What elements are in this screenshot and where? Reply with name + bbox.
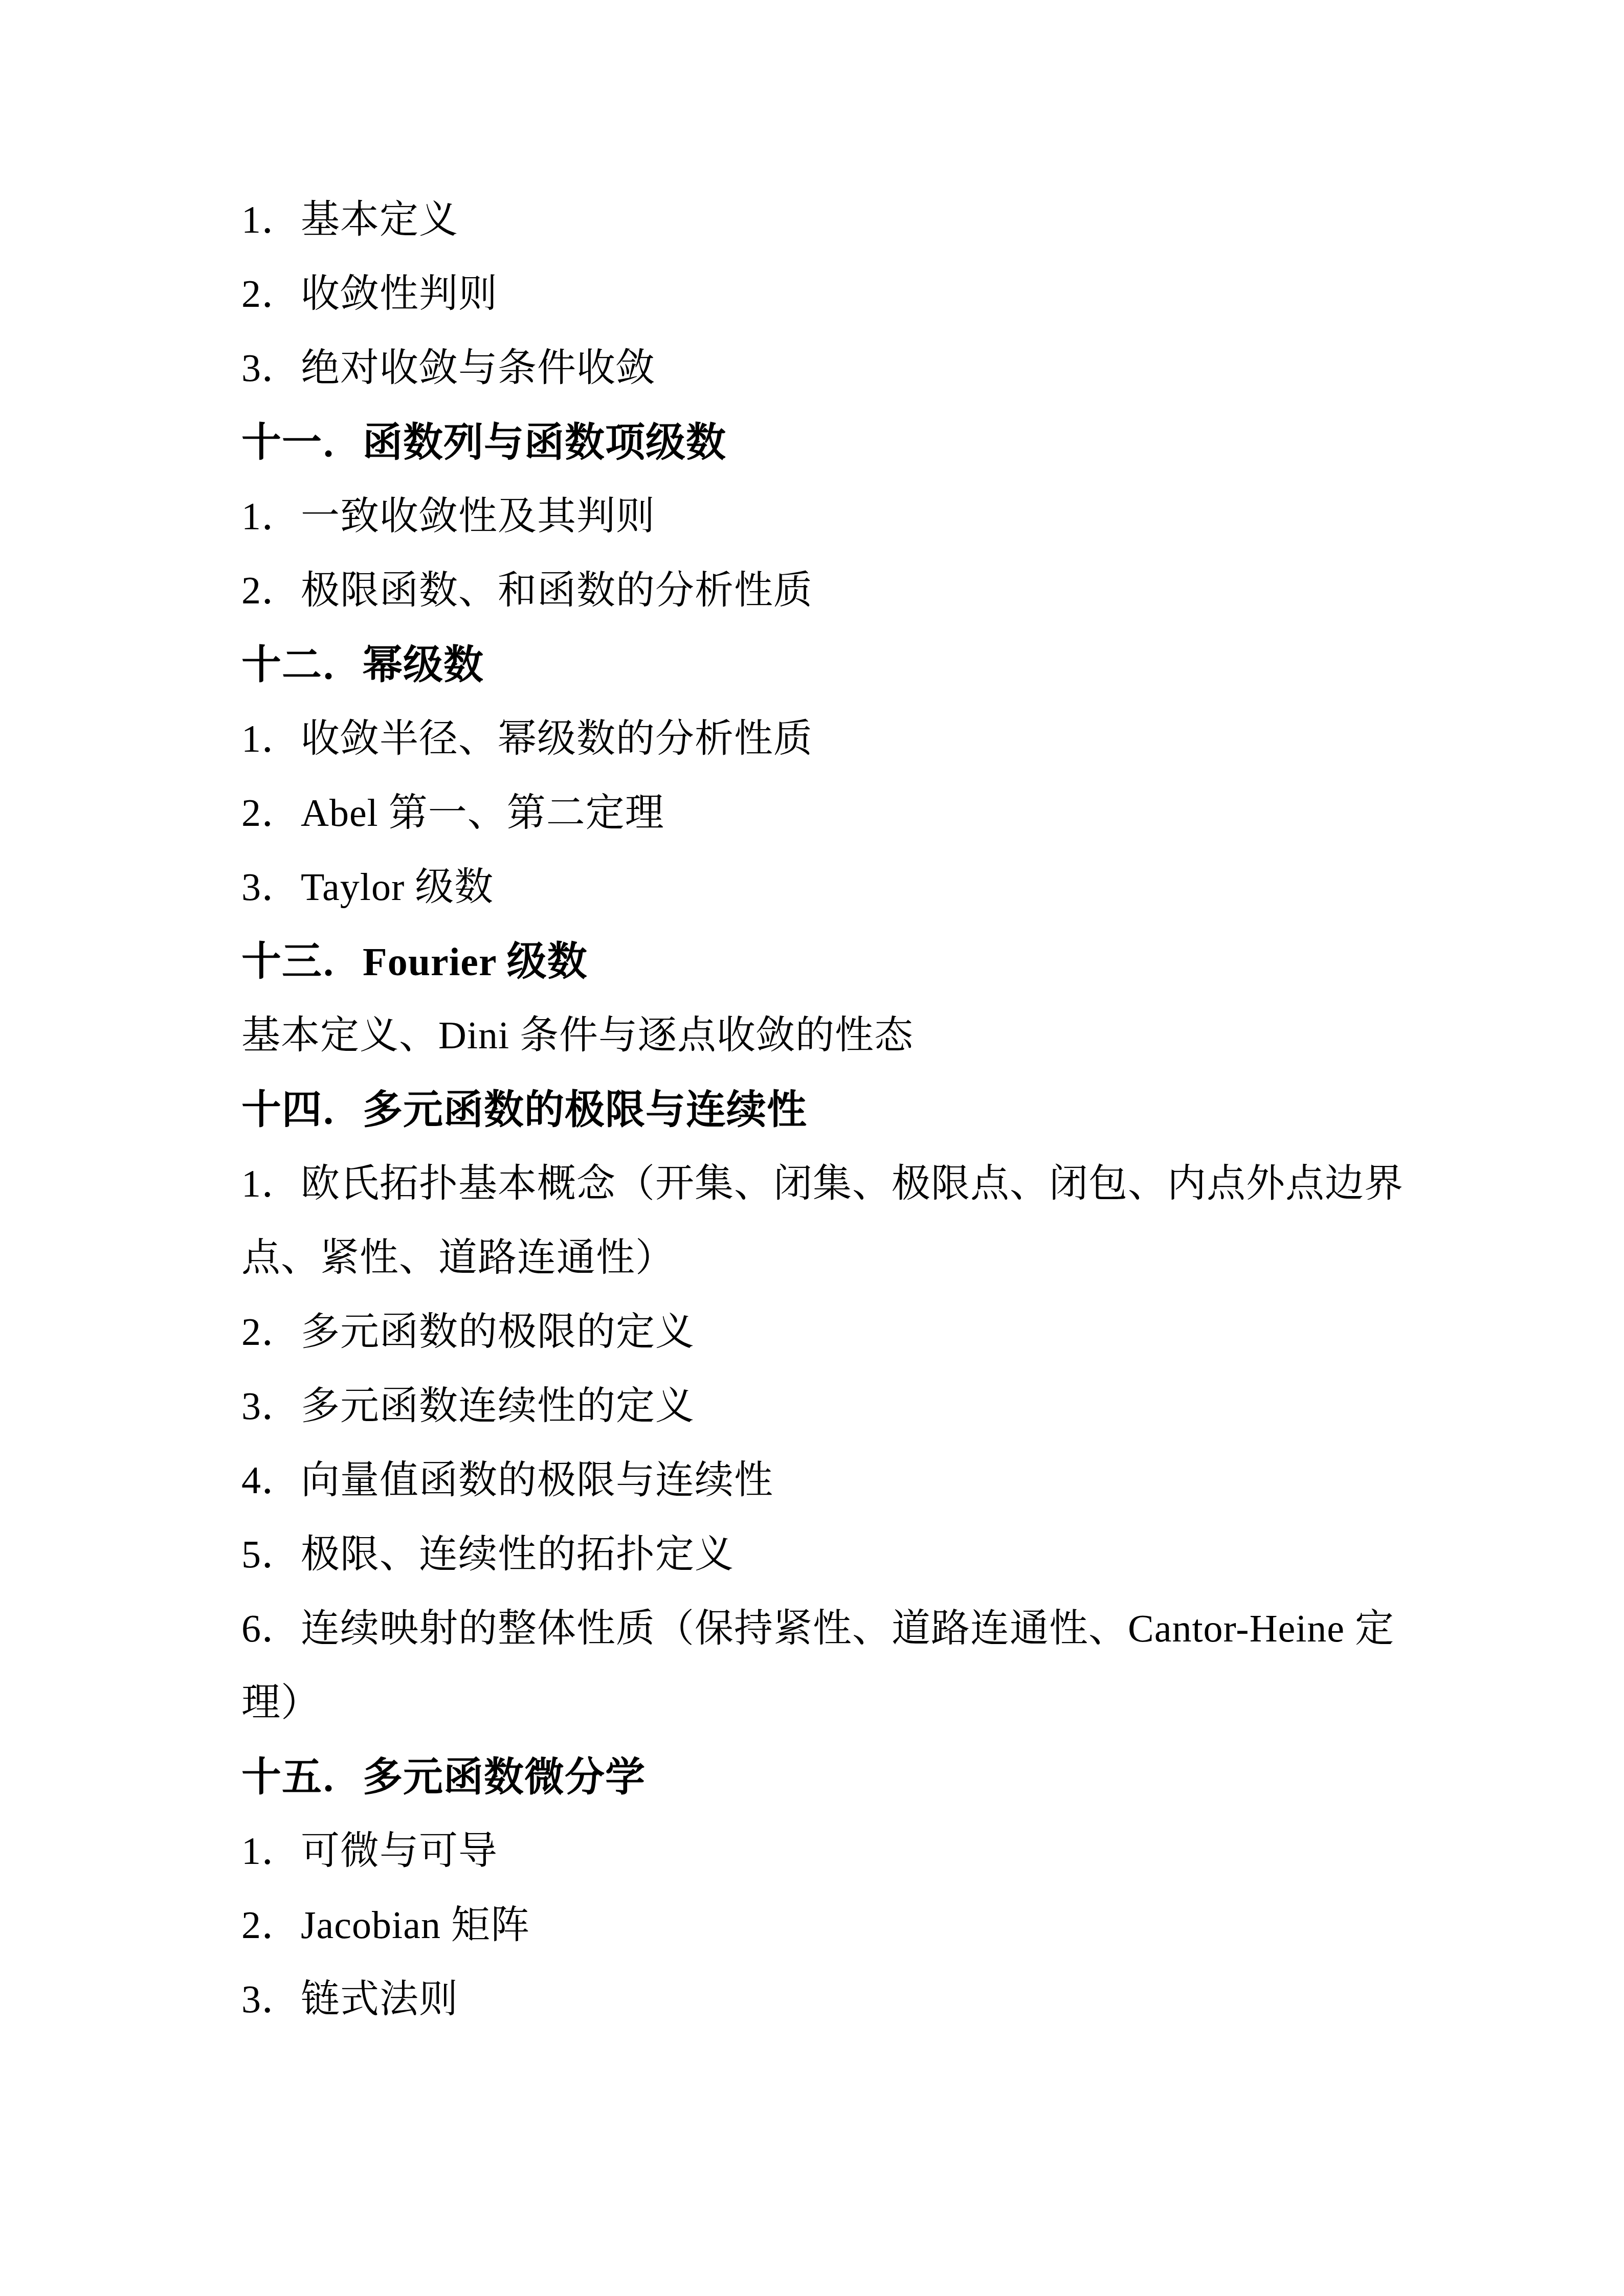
doc-line: 4．向量值函数的极限与连续性 bbox=[241, 1444, 1520, 1518]
doc-line: 1．收敛半径、幂级数的分析性质 bbox=[241, 702, 1520, 776]
doc-line: 6．连续映射的整体性质（保持紧性、道路连通性、Cantor-Heine 定 bbox=[241, 1592, 1520, 1666]
doc-line: 2．Abel 第一、第二定理 bbox=[241, 776, 1520, 850]
section-heading: 十四．多元函数的极限与连续性 bbox=[241, 1073, 1520, 1147]
doc-line: 5．极限、连续性的拓扑定义 bbox=[241, 1518, 1520, 1592]
doc-line: 2．收敛性判则 bbox=[241, 257, 1520, 331]
section-heading: 十五．多元函数微分学 bbox=[241, 1740, 1520, 1814]
doc-line: 3．多元函数连续性的定义 bbox=[241, 1369, 1520, 1444]
section-heading: 十二．幂级数 bbox=[241, 628, 1520, 702]
section-heading: 十三．Fourier 级数 bbox=[241, 925, 1520, 999]
doc-line: 1．基本定义 bbox=[241, 183, 1520, 257]
doc-line: 理） bbox=[241, 1666, 1520, 1740]
doc-line: 3．Taylor 级数 bbox=[241, 850, 1520, 925]
section-heading: 十一．函数列与函数项级数 bbox=[241, 406, 1520, 480]
doc-line: 1．可微与可导 bbox=[241, 1814, 1520, 1888]
document-text-block: 1．基本定义 2．收敛性判则 3．绝对收敛与条件收敛 十一．函数列与函数项级数 … bbox=[241, 183, 1520, 2037]
document-page: 1．基本定义 2．收敛性判则 3．绝对收敛与条件收敛 十一．函数列与函数项级数 … bbox=[0, 0, 1624, 2296]
doc-line: 2．极限函数、和函数的分析性质 bbox=[241, 554, 1520, 628]
doc-line: 3．链式法则 bbox=[241, 1963, 1520, 2037]
doc-line: 2．多元函数的极限的定义 bbox=[241, 1295, 1520, 1369]
doc-line: 3．绝对收敛与条件收敛 bbox=[241, 331, 1520, 406]
doc-line: 2．Jacobian 矩阵 bbox=[241, 1888, 1520, 1963]
doc-line: 点、紧性、道路连通性） bbox=[241, 1221, 1520, 1295]
doc-line: 基本定义、Dini 条件与逐点收敛的性态 bbox=[241, 999, 1520, 1073]
doc-line: 1．一致收敛性及其判则 bbox=[241, 480, 1520, 554]
doc-line: 1．欧氏拓扑基本概念（开集、闭集、极限点、闭包、内点外点边界 bbox=[241, 1147, 1520, 1221]
